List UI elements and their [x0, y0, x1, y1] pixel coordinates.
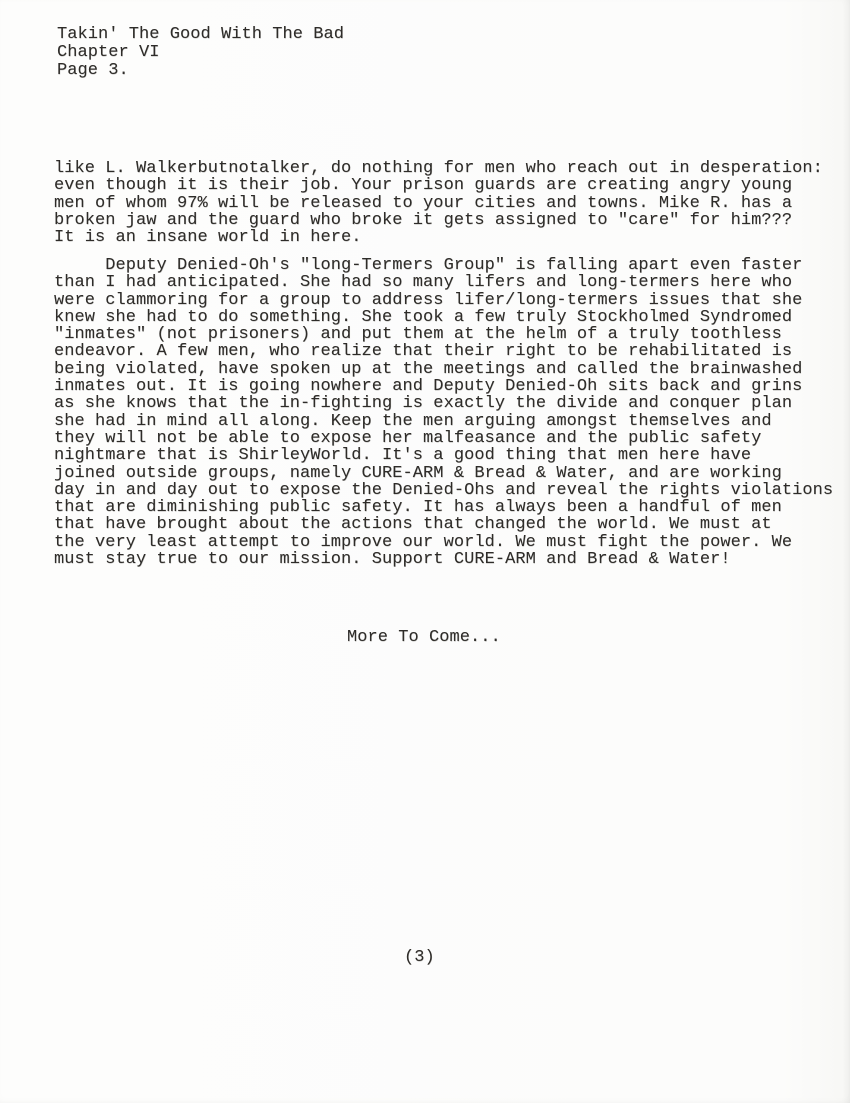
document-page-label: Page 3.: [57, 62, 344, 80]
document-title: Takin' The Good With The Bad: [57, 26, 344, 44]
body-paragraph-1: like L. Walkerbutnotalker, do nothing fo…: [54, 160, 823, 246]
page-number: (3): [404, 949, 435, 966]
document-chapter: Chapter VI: [57, 44, 344, 62]
typewritten-document-page: Takin' The Good With The Bad Chapter VI …: [0, 0, 850, 1103]
body-paragraph-2: Deputy Denied-Oh's "long-Termers Group" …: [54, 257, 833, 568]
document-header: Takin' The Good With The Bad Chapter VI …: [57, 26, 344, 80]
more-to-come-line: More To Come...: [347, 629, 501, 646]
